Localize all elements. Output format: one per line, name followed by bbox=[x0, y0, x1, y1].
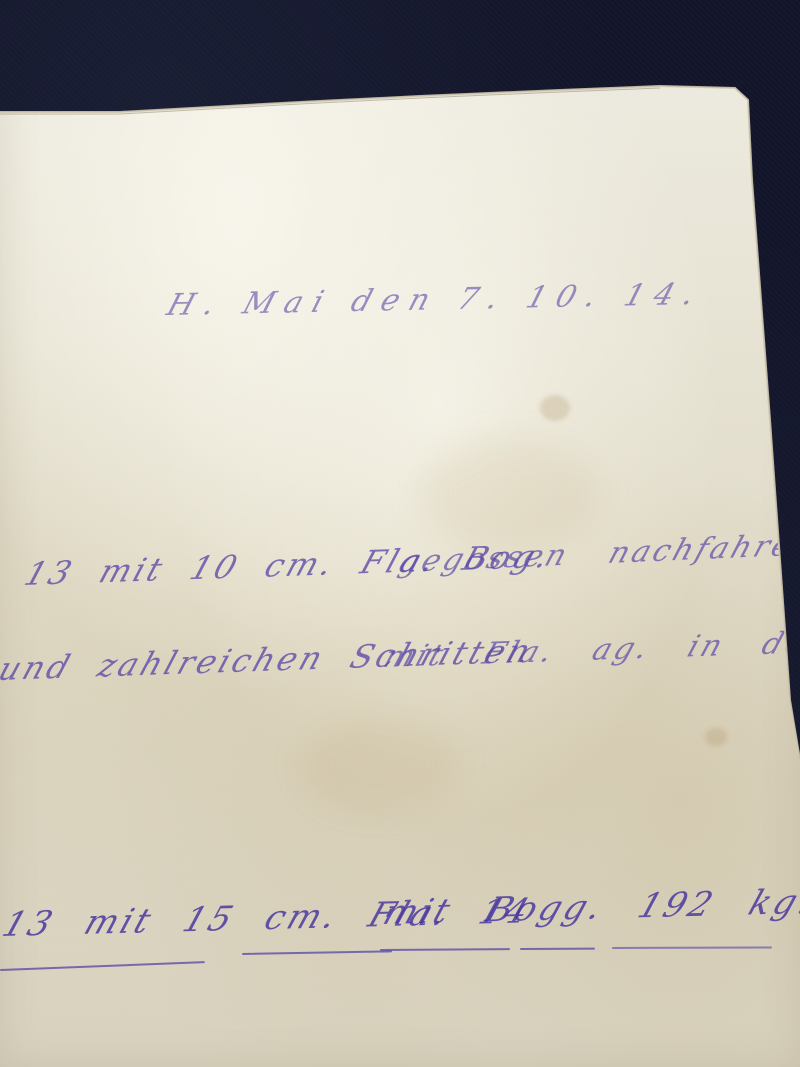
ink-underline bbox=[0, 961, 205, 971]
ink-underline bbox=[520, 948, 595, 950]
handwritten-line-3-right: mit Bogg. 192 kg. Calo. bbox=[378, 878, 800, 933]
paper-stain bbox=[705, 728, 727, 746]
photo-background: H. Mai den 7. 10. 14. 13 mit 10 cm. Fla.… bbox=[0, 0, 800, 1067]
handwritten-line-2-right: mit Fla. ag. in den bbox=[379, 625, 800, 675]
ink-underline bbox=[380, 948, 510, 951]
ink-underline bbox=[242, 950, 392, 955]
paper-stain bbox=[420, 440, 600, 550]
ink-underline bbox=[612, 946, 772, 949]
paper-stain bbox=[300, 720, 460, 810]
paper-sheet: H. Mai den 7. 10. 14. 13 mit 10 cm. Fla.… bbox=[0, 0, 800, 1067]
paper-stain bbox=[540, 395, 570, 421]
document-heading: H. Mai den 7. 10. 14. bbox=[163, 277, 709, 323]
